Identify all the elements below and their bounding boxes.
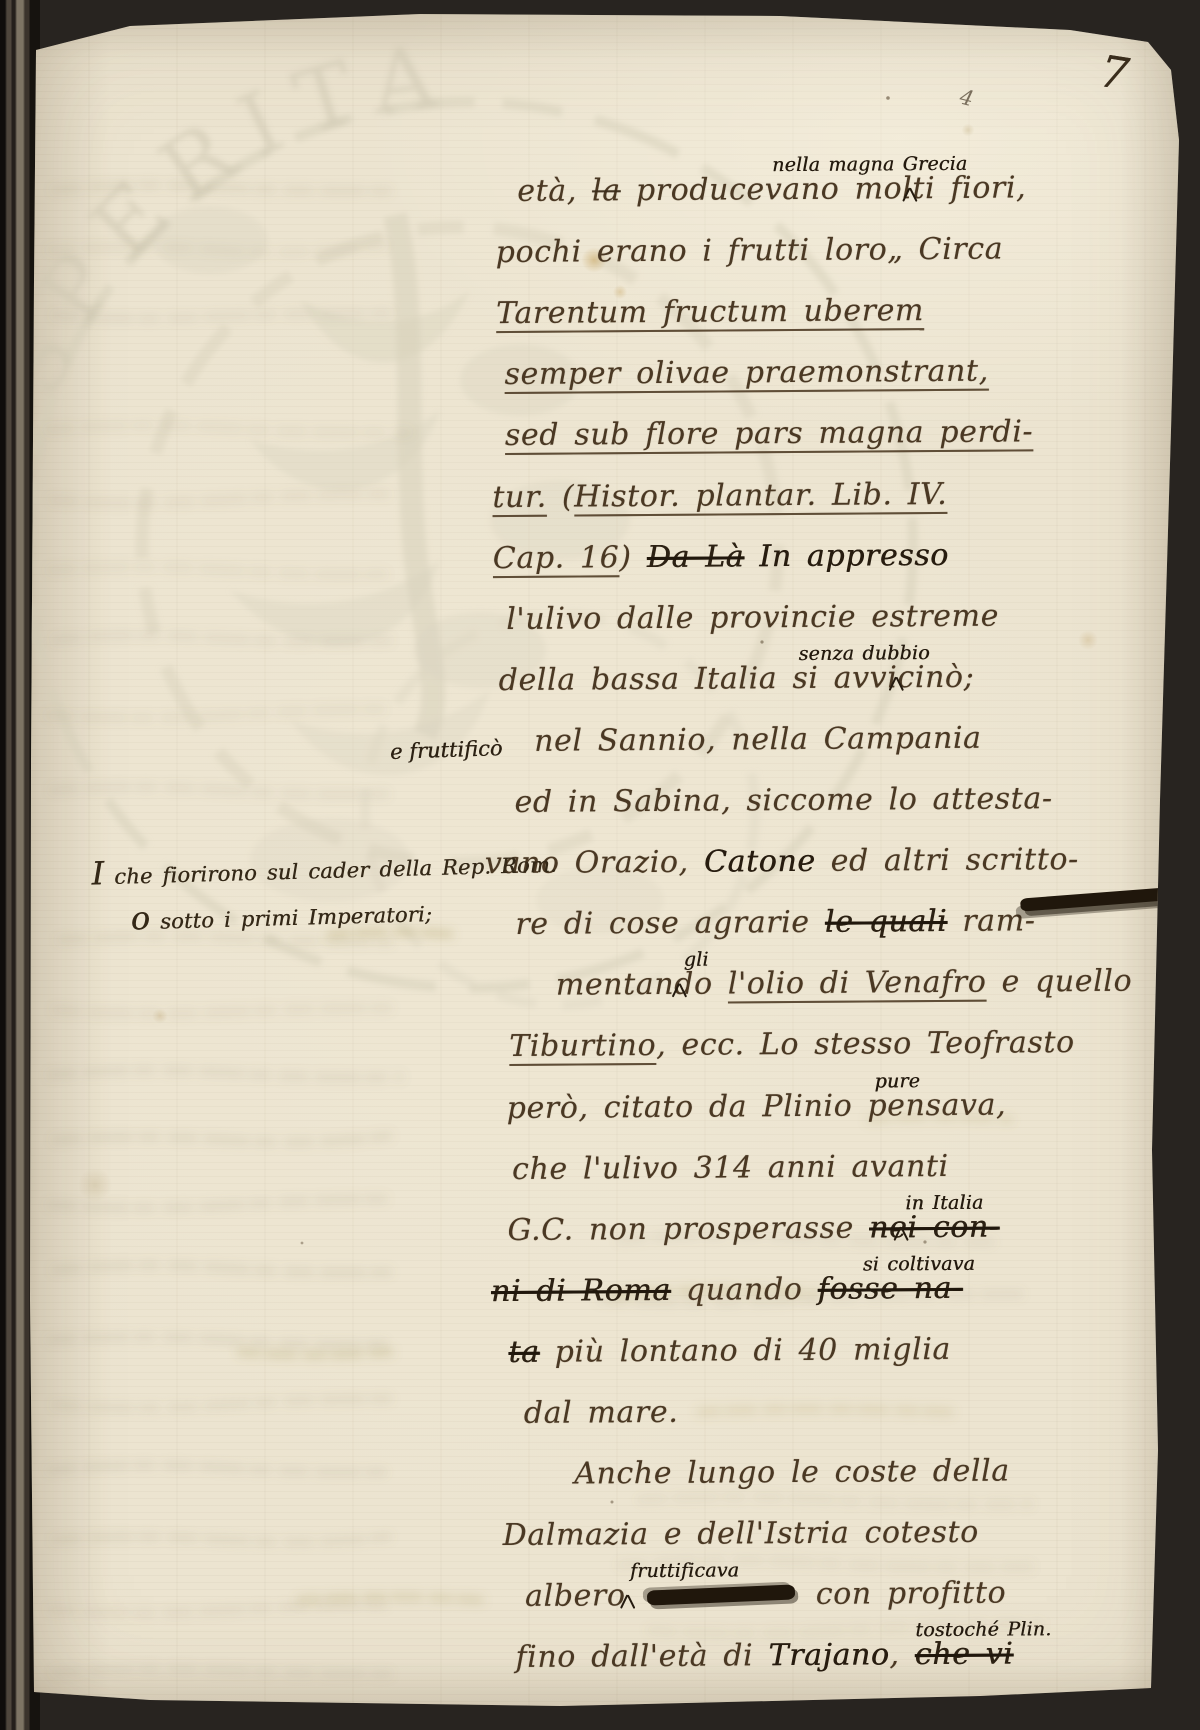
- svg-text:PROSPERITATI PVBLICAE: PROSPERITATI PVBLICAE: [0, 0, 456, 664]
- handwritten-text: più lontano di 40 miglia: [539, 1332, 951, 1370]
- handwritten-text: fino dall'età di: [515, 1639, 768, 1676]
- manuscript-text-block: età, la producevano molti fiori,nella ma…: [494, 0, 1096, 1730]
- caret-insertion-mark: [672, 983, 688, 998]
- interlinear-insertion: in Italia: [905, 1191, 983, 1214]
- handwritten-text: l'ulivo dalle provincie estreme: [506, 598, 999, 636]
- caret-insertion-mark: [902, 187, 918, 202]
- manuscript-line: nel Sannio, nella Campania: [534, 721, 982, 776]
- manuscript-line: Anche lungo le coste della: [574, 1454, 1010, 1509]
- manuscript-page: PROSPERITATI PVBLICAE: [0, 0, 1200, 1730]
- manuscript-line: fino dall'età di Trajano, che vitostoché…: [515, 1637, 1013, 1692]
- handwritten-text: In appresso: [744, 538, 949, 574]
- manuscript-line: Cap. 16) Da Là In appresso: [493, 538, 949, 593]
- handwritten-text: , ecc. Lo stesso Teofrasto: [656, 1025, 1075, 1063]
- underlined-text: semper olivae praemonstrant,: [504, 354, 988, 392]
- underlined-text: Cap. 16: [493, 540, 620, 576]
- handwritten-text: nel Sannio, nella Campania: [534, 721, 982, 759]
- handwritten-text: ): [619, 540, 647, 575]
- handwritten-text: Trajano: [768, 1638, 889, 1674]
- struck-text: che vi: [915, 1637, 1014, 1673]
- handwritten-text: Dalmazia e dell'Istria cotesto: [503, 1515, 979, 1553]
- interlinear-insertion: si coltivava: [863, 1253, 975, 1276]
- struck-text: fosse na-: [817, 1271, 962, 1307]
- interlinear-insertion: nella magna Grecia: [772, 153, 967, 176]
- interlinear-insertion: tostoché Plin.: [915, 1619, 1051, 1642]
- handwritten-text: producevano molti fiori,: [621, 170, 1027, 208]
- caret-insertion-mark: [620, 1594, 636, 1609]
- manuscript-line: ta più lontano di 40 miglia: [508, 1332, 951, 1387]
- manuscript-line: vano Orazio, Catone ed altri scritto-: [485, 842, 1079, 898]
- handwritten-text: Catone: [704, 844, 816, 880]
- margin-insertion-word: e fruttificò: [390, 736, 503, 764]
- manuscript-line: Dalmazia e dell'Istria cotesto: [503, 1515, 980, 1570]
- inked-out-text: [646, 1585, 794, 1606]
- handwritten-text: dal mare.: [524, 1395, 679, 1431]
- handwritten-text: ,: [889, 1638, 915, 1673]
- struck-text: ni di Roma: [491, 1273, 671, 1309]
- handwritten-text: che l'ulivo 314 anni avanti: [512, 1149, 949, 1187]
- manuscript-line: ni di Roma quando fosse na-si coltivava: [491, 1271, 963, 1326]
- manuscript-line: però, citato da Plinio pensava,pure: [507, 1087, 1007, 1142]
- handwritten-text: però, citato da Plinio: [507, 1088, 868, 1126]
- handwritten-text: con profitto: [801, 1576, 1007, 1612]
- caret-insertion-mark: [889, 676, 905, 691]
- interlinear-insertion: fruttificava: [630, 1560, 739, 1583]
- underlined-text: Tarentum fructum uberem: [496, 293, 924, 331]
- page-number: 7: [1096, 46, 1132, 101]
- manuscript-line: pochi erano i frutti loro„ Circa: [496, 232, 1004, 288]
- margin-note: I che fiorirono sul cader della Rep. Rom…: [91, 839, 563, 944]
- struck-text: le quali: [825, 904, 948, 940]
- handwritten-text: quando: [671, 1272, 818, 1308]
- archival-scan: PROSPERITATI PVBLICAE: [0, 0, 1200, 1730]
- handwritten-text: pochi erano i frutti loro„ Circa: [496, 232, 1004, 271]
- manuscript-line: tur. (Histor. plantar. Lib. IV.: [492, 476, 947, 531]
- handwritten-text: mentando: [556, 967, 728, 1003]
- underlined-text: sed sub flore pars magna perdi-: [505, 415, 1033, 454]
- handwritten-text: G.C. non prosperasse: [507, 1210, 869, 1248]
- manuscript-line: Tarentum fructum uberem: [496, 293, 924, 348]
- handwritten-text: ed altri scritto-: [815, 842, 1079, 879]
- interlinear-insertion: pure: [874, 1070, 920, 1092]
- manuscript-line: sed sub flore pars magna perdi-: [505, 415, 1034, 471]
- caret-insertion-mark: [894, 1226, 910, 1241]
- handwritten-text: pensava,: [867, 1087, 1006, 1123]
- struck-text: la: [592, 173, 621, 208]
- manuscript-line: semper olivae praemonstrant,: [504, 354, 989, 409]
- interlinear-insertion: gli: [684, 949, 709, 971]
- manuscript-line: ed in Sabina, siccome lo attesta-: [514, 781, 1052, 837]
- underlined-text: tur.: [492, 479, 547, 514]
- struck-text: ta: [508, 1335, 539, 1370]
- manuscript-line: della bassa Italia si avvicinò;senza dub…: [499, 660, 975, 715]
- underlined-text: l'olio di Venafro: [728, 965, 987, 1002]
- struck-text: Da Là: [647, 539, 745, 575]
- underlined-text: Histor. plantar. Lib. IV.: [574, 476, 947, 514]
- watermark-legend: PROSPERITATI PVBLICAE: [0, 0, 456, 664]
- handwritten-text: ed in Sabina, siccome lo attesta-: [514, 781, 1052, 820]
- handwritten-text: età,: [517, 173, 592, 209]
- manuscript-line: che l'ulivo 314 anni avanti: [512, 1149, 949, 1204]
- manuscript-line: re di cose agrarie le quali ram-: [515, 904, 1035, 960]
- manuscript-line: dal mare.: [524, 1395, 679, 1448]
- manuscript-line: Tiburtino, ecc. Lo stesso Teofrasto: [509, 1025, 1075, 1081]
- handwritten-text: e quello: [986, 964, 1132, 1000]
- interlinear-insertion: senza dubbio: [798, 642, 929, 665]
- struck-text: nei con-: [869, 1209, 1000, 1245]
- handwritten-text: Anche lungo le coste della: [574, 1454, 1010, 1492]
- underlined-text: Tiburtino: [509, 1028, 656, 1064]
- handwritten-text: (: [547, 479, 575, 514]
- manuscript-line: mentando l'olio di Venafro e quellogli: [556, 964, 1133, 1020]
- manuscript-line: età, la producevano molti fiori,nella ma…: [517, 170, 1026, 226]
